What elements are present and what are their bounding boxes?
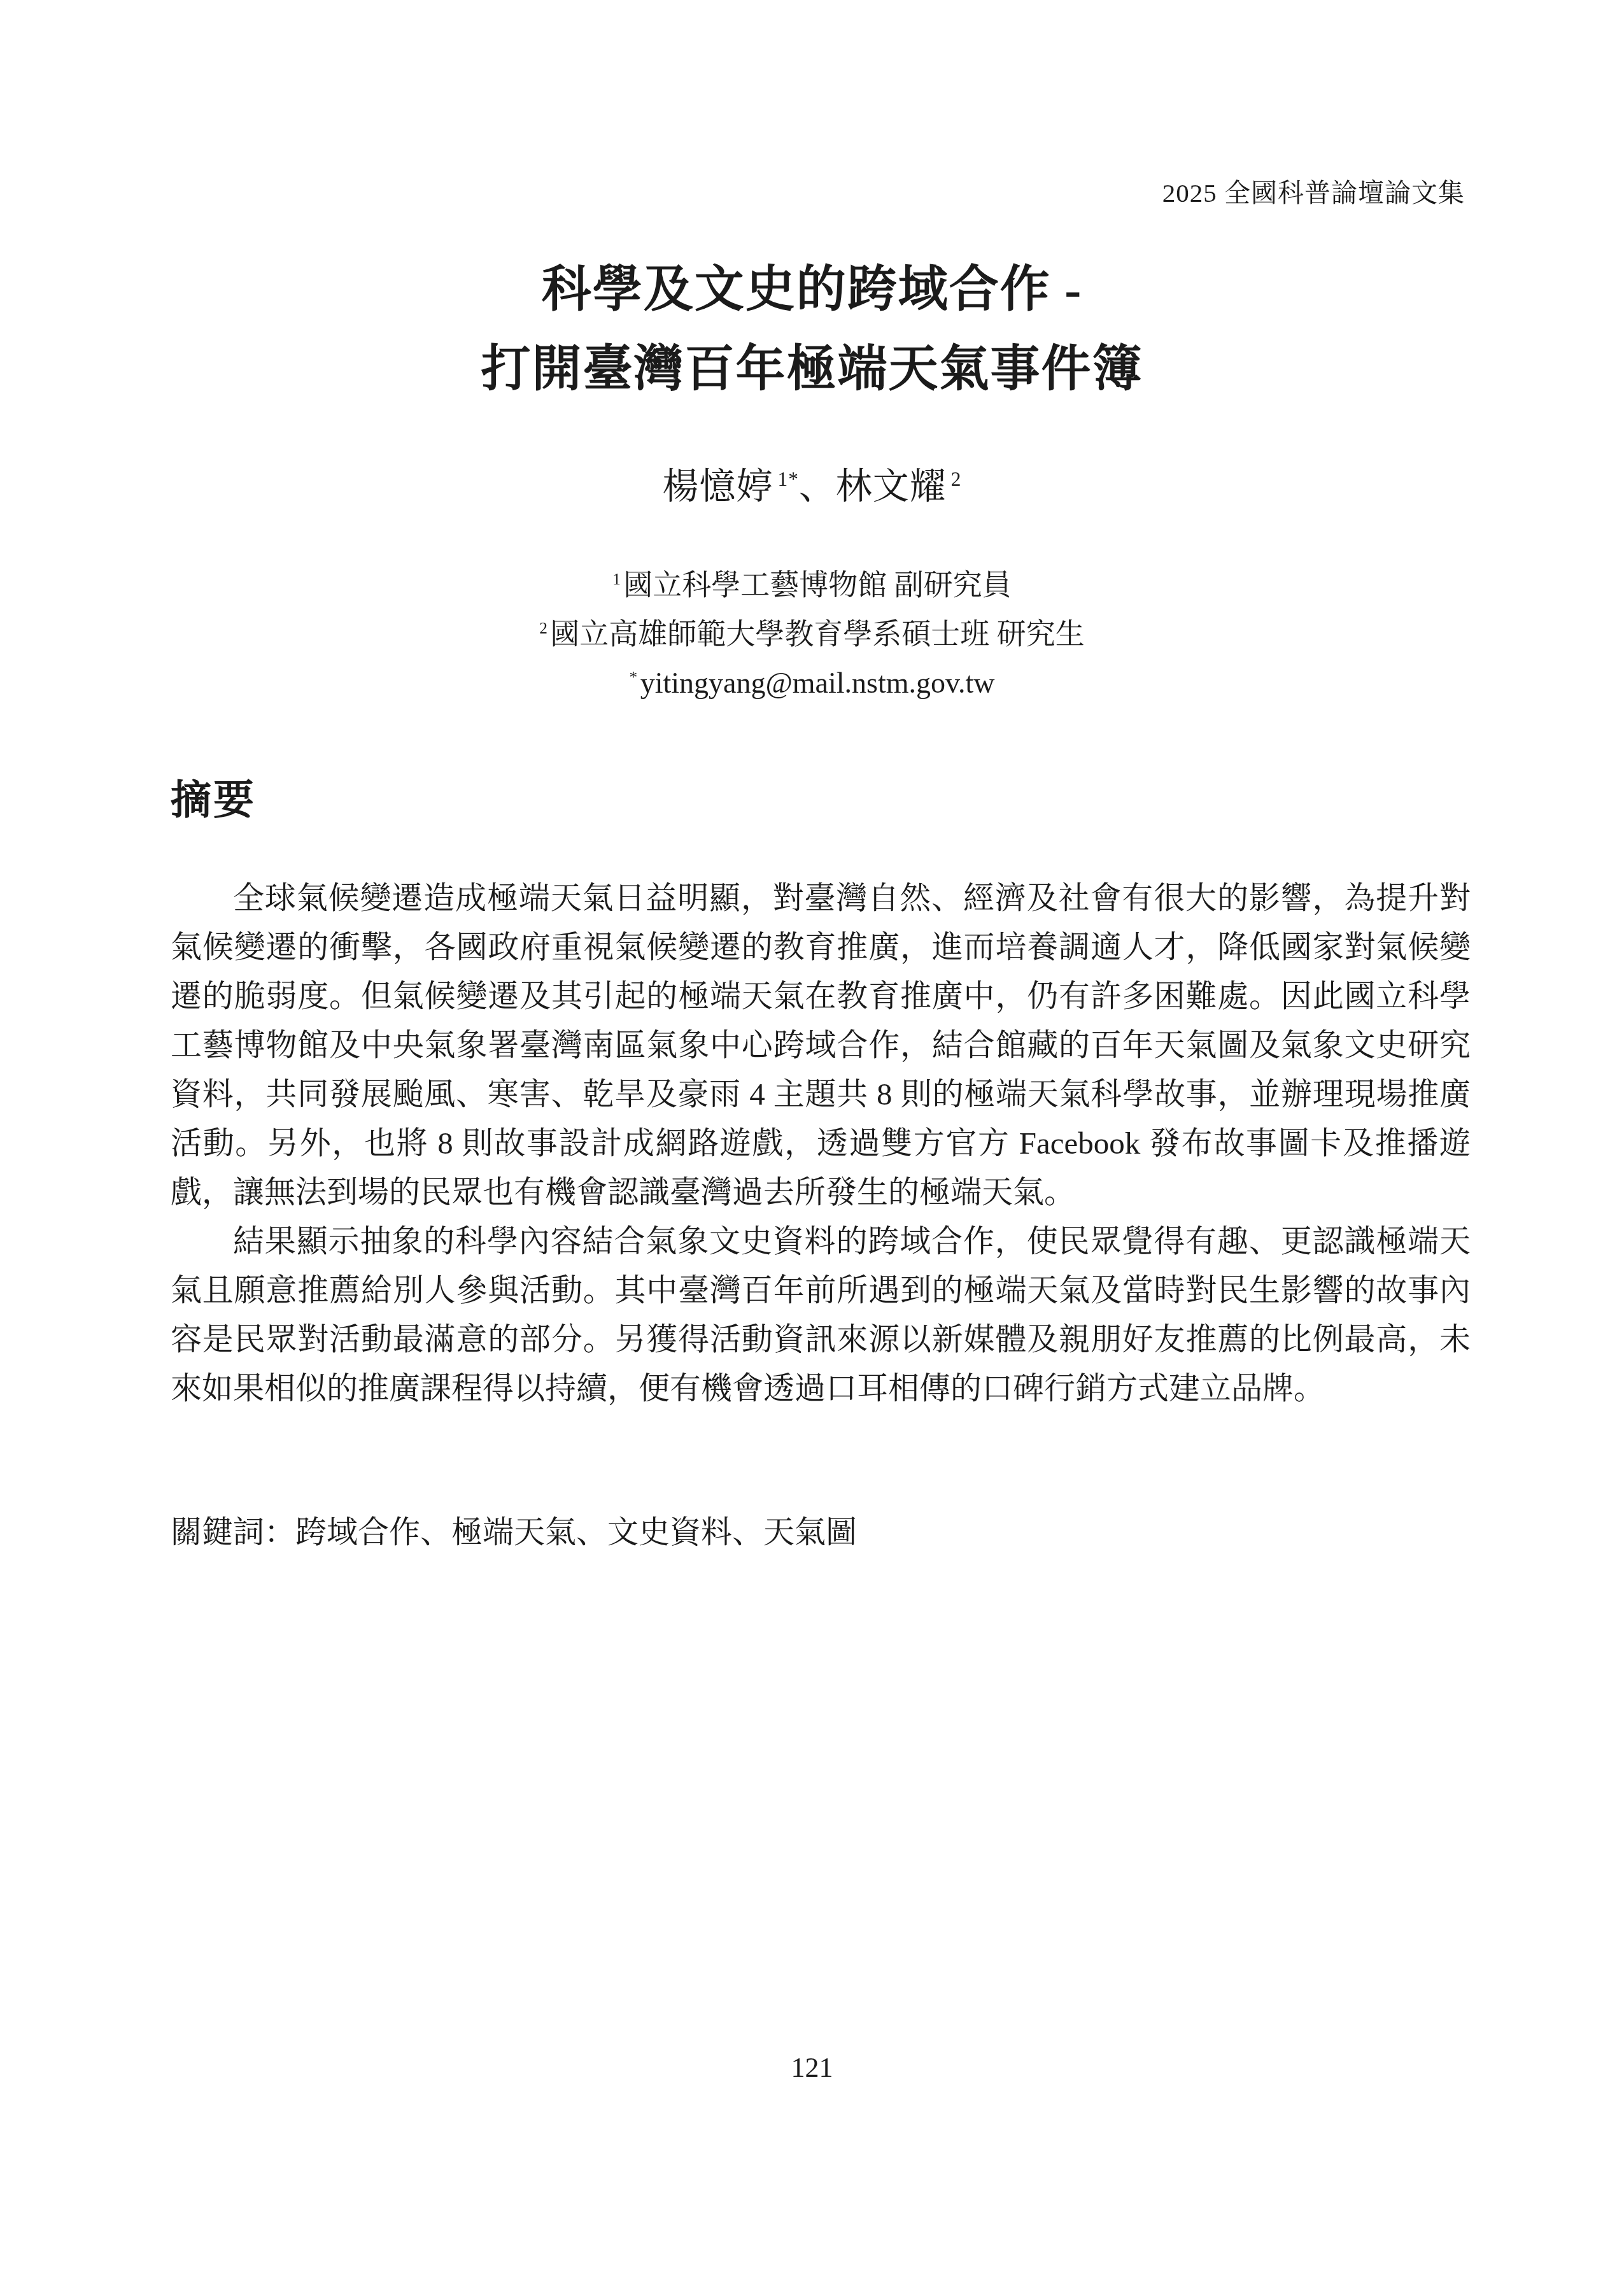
affiliation-2: 2國立高雄師範大學教育學系碩士班 研究生: [0, 609, 1624, 658]
contact-email: yitingyang@mail.nstm.gov.tw: [640, 667, 995, 699]
abstract-heading: 摘要: [171, 767, 256, 826]
paper-title: 科學及文史的跨域合作 - 打開臺灣百年極端天氣事件簿: [0, 250, 1624, 409]
paper-title-line1: 科學及文史的跨域合作 -: [0, 250, 1624, 329]
author-separator: 、: [799, 467, 836, 507]
affiliation-2-superscript: 2: [539, 619, 547, 637]
page-number: 121: [0, 2051, 1624, 2084]
affiliation-2-text: 國立高雄師範大學教育學系碩士班 研究生: [550, 618, 1085, 650]
affiliation-1: 1國立科學工藝博物館 副研究員: [0, 560, 1624, 609]
paper-title-line2: 打開臺灣百年極端天氣事件簿: [0, 329, 1624, 409]
paper-page: 2025 全國科普論壇論文集 科學及文史的跨域合作 - 打開臺灣百年極端天氣事件…: [0, 0, 1624, 2278]
affiliation-1-superscript: 1: [612, 570, 621, 588]
abstract-body: 全球氣候變遷造成極端天氣日益明顯，對臺灣自然、經濟及社會有很大的影響，為提升對氣…: [171, 874, 1471, 1413]
proceedings-header: 2025 全國科普論壇論文集: [1162, 172, 1465, 209]
authors-line: 楊憶婷1*、林文耀2: [0, 457, 1624, 509]
keywords-line: 關鍵詞：跨域合作、極端天氣、文史資料、天氣圖: [171, 1508, 1471, 1557]
contact-email-line: *yitingyang@mail.nstm.gov.tw: [0, 658, 1624, 707]
abstract-paragraph-2: 結果顯示抽象的科學內容結合氣象文史資料的跨域合作，使民眾覺得有趣、更認識極端天氣…: [171, 1217, 1471, 1413]
affiliations-block: 1國立科學工藝博物館 副研究員 2國立高雄師範大學教育學系碩士班 研究生 *yi…: [0, 560, 1624, 707]
author-2-superscript: 2: [951, 468, 962, 490]
abstract-paragraph-1: 全球氣候變遷造成極端天氣日益明顯，對臺灣自然、經濟及社會有很大的影響，為提升對氣…: [171, 874, 1471, 1217]
contact-email-superscript: *: [629, 669, 637, 686]
affiliation-1-text: 國立科學工藝博物館 副研究員: [623, 569, 1012, 601]
author-2-name: 林文耀: [836, 467, 947, 507]
author-1-name: 楊憶婷: [663, 467, 773, 507]
author-1-superscript: 1*: [777, 468, 798, 490]
